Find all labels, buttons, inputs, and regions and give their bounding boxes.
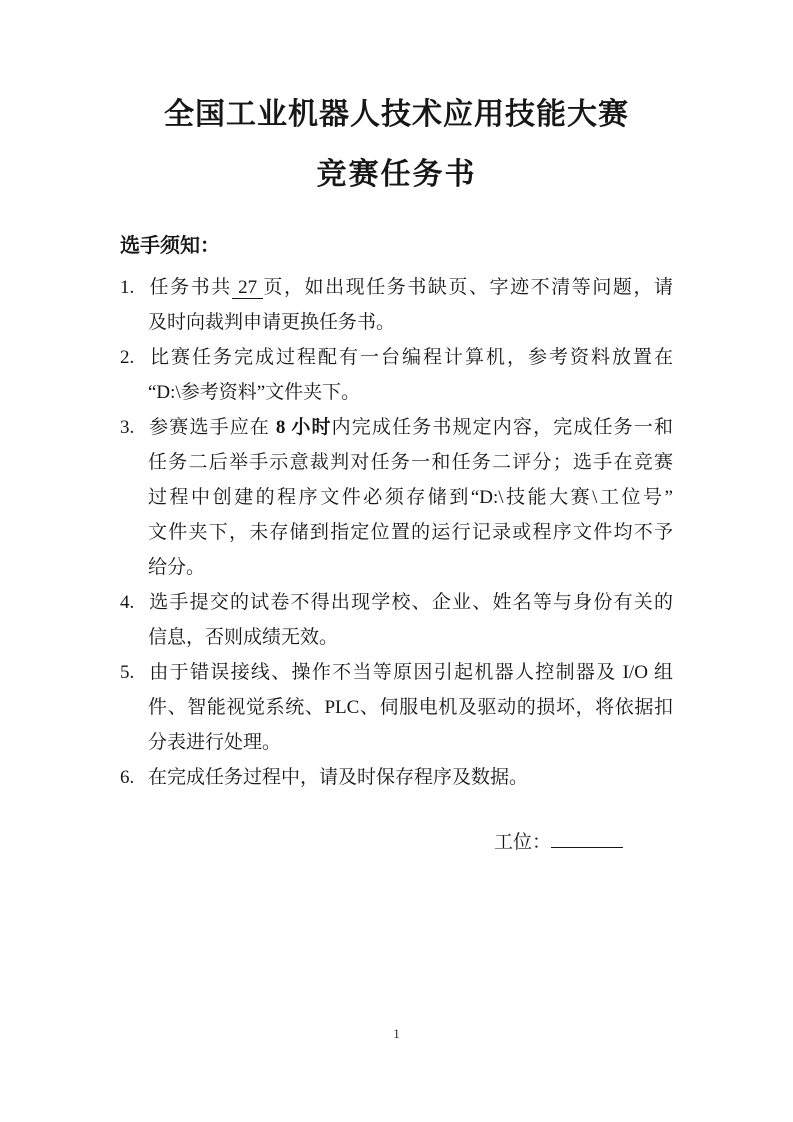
notice-line: 文件夹下，未存储到指定位置的运行记录或程序文件均不予 [120, 515, 673, 550]
item-number: 1. [120, 270, 148, 305]
notice-text-segment: 页，如出现任务书缺页、字迹不清等问题，请 [263, 277, 673, 298]
workstation-row: 工位： [120, 827, 673, 858]
notice-line: 4.选手提交的试卷不得出现学校、企业、姓名等与身份有关的 [120, 585, 673, 620]
notice-line: 2.比赛任务完成过程配有一台编程计算机，参考资料放置在 [120, 340, 673, 375]
notice-text-segment: 给分。 [148, 557, 205, 578]
notice-line: 给分。 [120, 550, 673, 585]
notice-text-segment: 在完成任务过程中，请及时保存程序及数据。 [148, 767, 528, 788]
notice-text-segment: 参赛选手应在 [148, 417, 276, 438]
notice-text-segment: 内完成任务书规定内容，完成任务一和 [332, 417, 673, 438]
item-number: 5. [120, 655, 148, 690]
notice-text-segment: 文件夹下，未存储到指定位置的运行记录或程序文件均不予 [148, 522, 673, 543]
notice-text-segment: 选手提交的试卷不得出现学校、企业、姓名等与身份有关的 [148, 592, 673, 613]
notice-item: 2.比赛任务完成过程配有一台编程计算机，参考资料放置在“D:\参考资料”文件夹下… [120, 340, 673, 410]
notice-line: 及时向裁判申请更换任务书。 [120, 305, 673, 340]
notice-line: 任务二后举手示意裁判对任务一和任务二评分；选手在竞赛 [120, 445, 673, 480]
notice-text-segment: 过程中创建的程序文件必须存储到“D:\技能大赛\工位号” [148, 487, 673, 508]
notice-text-segment: “D:\参考资料”文件夹下。 [148, 382, 360, 403]
notice-line: 分表进行处理。 [120, 725, 673, 760]
document-title: 全国工业机器人技术应用技能大赛 [120, 96, 673, 134]
notice-text-segment: 8 小时 [276, 417, 332, 438]
notice-text-segment: 任务二后举手示意裁判对任务一和任务二评分；选手在竞赛 [148, 452, 673, 473]
workstation-blank [551, 827, 623, 848]
notice-text-segment: 任务书共 [148, 277, 232, 298]
notice-line: 1.任务书共 27 页，如出现任务书缺页、字迹不清等问题，请 [120, 270, 673, 305]
workstation-label: 工位： [494, 832, 551, 853]
notice-item: 6.在完成任务过程中，请及时保存程序及数据。 [120, 760, 673, 795]
item-number: 2. [120, 340, 148, 375]
notice-item: 5.由于错误接线、操作不当等原因引起机器人控制器及 I/O 组件、智能视觉系统、… [120, 655, 673, 760]
document-subtitle: 竞赛任务书 [120, 156, 673, 194]
notice-item: 3.参赛选手应在 8 小时内完成任务书规定内容，完成任务一和任务二后举手示意裁判… [120, 410, 673, 585]
notice-item: 1.任务书共 27 页，如出现任务书缺页、字迹不清等问题，请及时向裁判申请更换任… [120, 270, 673, 340]
notice-text-segment: 及时向裁判申请更换任务书。 [148, 312, 395, 333]
notice-line: 件、智能视觉系统、PLC、伺服电机及驱动的损坏，将依据扣 [120, 690, 673, 725]
notice-line: 6.在完成任务过程中，请及时保存程序及数据。 [120, 760, 673, 795]
notice-text-segment: 比赛任务完成过程配有一台编程计算机，参考资料放置在 [148, 347, 673, 368]
notice-line: 信息，否则成绩无效。 [120, 620, 673, 655]
section-heading: 选手须知： [120, 232, 673, 260]
notice-text-segment: 27 [232, 277, 264, 299]
notice-item: 4.选手提交的试卷不得出现学校、企业、姓名等与身份有关的信息，否则成绩无效。 [120, 585, 673, 655]
page-number: 1 [0, 1026, 793, 1042]
notice-text-segment: 信息，否则成绩无效。 [148, 627, 338, 648]
notice-text-segment: 分表进行处理。 [148, 732, 281, 753]
item-number: 4. [120, 585, 148, 620]
notice-line: 过程中创建的程序文件必须存储到“D:\技能大赛\工位号” [120, 480, 673, 515]
notice-text-segment: 件、智能视觉系统、PLC、伺服电机及驱动的损坏，将依据扣 [148, 697, 673, 718]
item-number: 6. [120, 760, 148, 795]
notice-line: 3.参赛选手应在 8 小时内完成任务书规定内容，完成任务一和 [120, 410, 673, 445]
notice-list: 1.任务书共 27 页，如出现任务书缺页、字迹不清等问题，请及时向裁判申请更换任… [120, 270, 673, 795]
notice-line: 5.由于错误接线、操作不当等原因引起机器人控制器及 I/O 组 [120, 655, 673, 690]
notice-text-segment: 由于错误接线、操作不当等原因引起机器人控制器及 I/O 组 [148, 662, 673, 683]
notice-line: “D:\参考资料”文件夹下。 [120, 375, 673, 410]
document-page: 全国工业机器人技术应用技能大赛 竞赛任务书 选手须知： 1.任务书共 27 页，… [0, 0, 793, 1122]
item-number: 3. [120, 410, 148, 445]
